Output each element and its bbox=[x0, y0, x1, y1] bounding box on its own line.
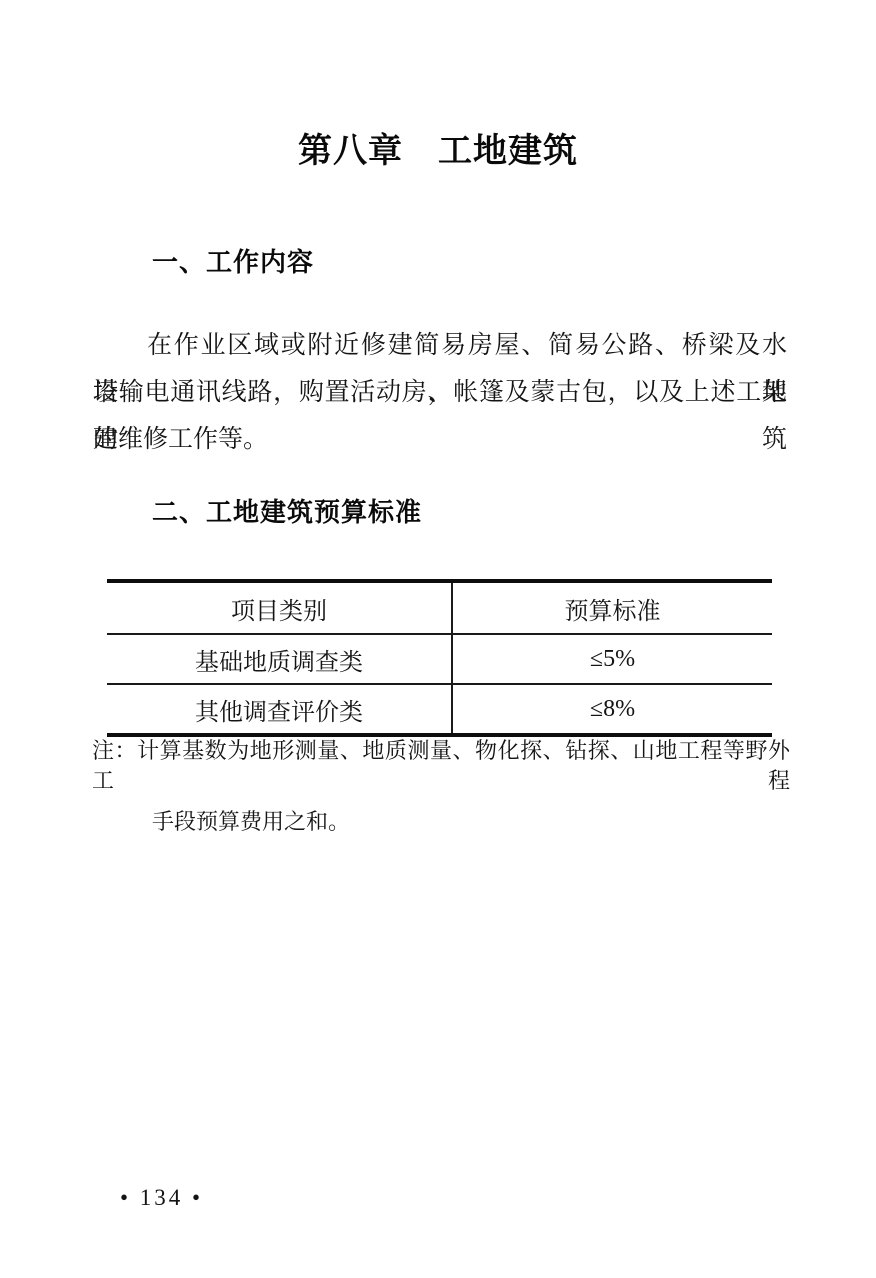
table-cell-category: 基础地质调查类 bbox=[107, 635, 453, 683]
page-number: • 134 • bbox=[120, 1184, 203, 1212]
footnote-line: 手段预算费用之和。 bbox=[92, 807, 790, 837]
section-heading-work-content: 一、工作内容 bbox=[152, 246, 314, 278]
table-footnote: 注：计算基数为地形测量、地质测量、物化探、钻探、山地工程等野外工程 手段预算费用… bbox=[92, 736, 790, 837]
budget-standard-table: 项目类别 预算标准 基础地质调查类 ≤5% 其他调查评价类 ≤8% bbox=[107, 579, 772, 737]
paragraph-line: 在作业区域或附近修建简易房屋、简易公路、桥梁及水塔，架 bbox=[93, 322, 787, 369]
table-row: 基础地质调查类 ≤5% bbox=[107, 633, 772, 683]
section-heading-budget-standard: 二、工地建筑预算标准 bbox=[152, 496, 422, 528]
table-row: 其他调查评价类 ≤8% bbox=[107, 683, 772, 733]
paragraph-line: 设输电通讯线路，购置活动房、帐篷及蒙古包，以及上述工地建筑 bbox=[93, 369, 787, 416]
chapter-title: 第八章 工地建筑 bbox=[0, 131, 876, 171]
table-header-cell-standard: 预算标准 bbox=[453, 583, 772, 633]
table-cell-category: 其他调查评价类 bbox=[107, 685, 453, 733]
footnote-line: 注：计算基数为地形测量、地质测量、物化探、钻探、山地工程等野外工程 bbox=[92, 736, 790, 796]
table-header-row: 项目类别 预算标准 bbox=[107, 583, 772, 633]
table-header-cell-category: 项目类别 bbox=[107, 583, 453, 633]
work-content-paragraph: 在作业区域或附近修建简易房屋、简易公路、桥梁及水塔，架 设输电通讯线路，购置活动… bbox=[93, 322, 787, 463]
document-page: 第八章 工地建筑 一、工作内容 在作业区域或附近修建简易房屋、简易公路、桥梁及水… bbox=[0, 0, 876, 1278]
table-cell-standard: ≤5% bbox=[453, 635, 772, 683]
table-cell-standard: ≤8% bbox=[453, 685, 772, 733]
